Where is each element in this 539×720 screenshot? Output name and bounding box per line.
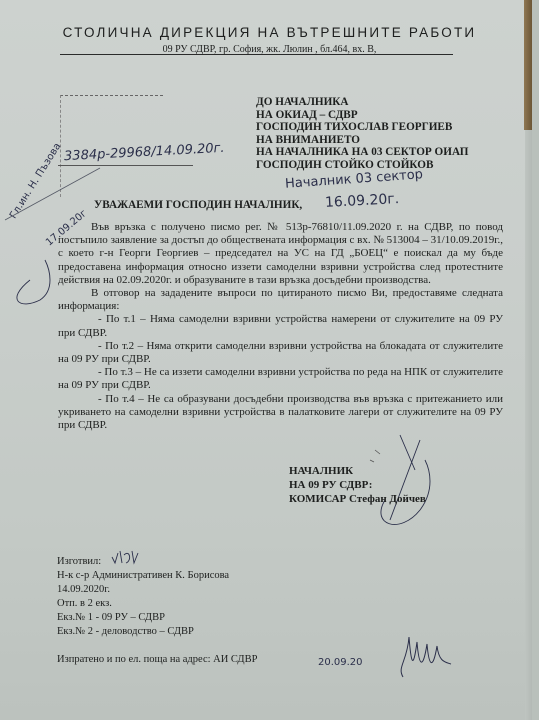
addressee-block: ДО НАЧАЛНИКА НА ОКИАД – СДВР ГОСПОДИН ТИ…: [256, 96, 468, 172]
footer-signature-icon: [395, 632, 455, 682]
answer-item: - По т.4 – Не са образувани досъдебни пр…: [58, 393, 503, 433]
prepared-date: 14.09.2020г.: [57, 583, 257, 597]
signature-block: НАЧАЛНИК НА 09 РУ СДВР: КОМИСАР Стефан Д…: [289, 464, 426, 507]
document-page: СТОЛИЧНА ДИРЕКЦИЯ НА ВЪТРЕШНИТЕ РАБОТИ 0…: [0, 0, 532, 720]
answer-item: - По т.3 – Не са иззети самоделни взривн…: [58, 366, 503, 392]
signature-line: КОМИСАР Стефан Дойчев: [289, 492, 426, 506]
addressee-line: ДО НАЧАЛНИКА: [256, 96, 468, 109]
copy-1: Екз.№ 1 - 09 РУ – СДВР: [57, 611, 257, 625]
copies-count: Отп. в 2 екз.: [57, 597, 257, 611]
institution-title: СТОЛИЧНА ДИРЕКЦИЯ НА ВЪТРЕШНИТЕ РАБОТИ: [0, 25, 539, 40]
answer-item: - По т.1 – Няма самоделни взривни устрой…: [58, 313, 503, 339]
body-paragraph: Във връзка с получено писмо рег. № 513р-…: [58, 221, 503, 287]
table-edge: [524, 0, 532, 130]
header-divider: [60, 54, 453, 55]
body-paragraph: В отговор на зададените въпроси по цитир…: [58, 287, 503, 313]
addressee-line: НА ОКИАД – СДВР: [256, 109, 468, 122]
copy-2: Екз.№ 2 - деловодство – СДВР: [57, 625, 257, 639]
answer-item: - По т.2 – Няма открити самоделни взривн…: [58, 340, 503, 366]
prepared-by: Н-к с-р Административен К. Борисова: [57, 569, 257, 583]
addressee-line: ГОСПОДИН ТИХОСЛАВ ГЕОРГИЕВ: [256, 121, 468, 134]
salutation: УВАЖАЕМИ ГОСПОДИН НАЧАЛНИК,: [94, 199, 302, 211]
addressee-line: ГОСПОДИН СТОЙКО СТОЙКОВ: [256, 159, 468, 172]
handwritten-footer-date: 20.09.20: [318, 657, 363, 668]
signature-line: НАЧАЛНИК: [289, 464, 426, 478]
footer-block: Изготвил: Н-к с-р Административен К. Бор…: [57, 555, 257, 667]
page-shadow: [525, 130, 532, 720]
sent-note: Изпратено и по ел. поща на адрес: АИ СДВ…: [57, 653, 257, 667]
signature-line: НА 09 РУ СДВР:: [289, 478, 426, 492]
letter-body: Във връзка с получено писмо рег. № 513р-…: [58, 221, 503, 432]
addressee-line: НА ВНИМАНИЕТО: [256, 134, 468, 147]
prepared-label: Изготвил:: [57, 555, 257, 569]
handwritten-date-note: 16.09.20г.: [325, 191, 400, 211]
addressee-line: НА НАЧАЛНИКА НА 03 СЕКТОР ОИАП: [256, 146, 468, 159]
